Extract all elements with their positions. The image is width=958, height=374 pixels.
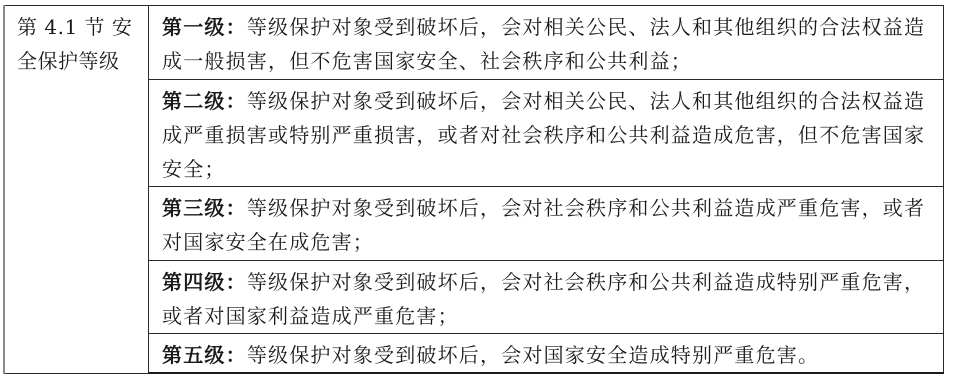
level-description: 等级保护对象受到破坏后，会对相关公民、法人和其他组织的合法权益造成严重损害或特别… (162, 89, 925, 181)
level-sep: ： (226, 270, 247, 294)
level-sep: ： (226, 196, 247, 220)
level-description: 等级保护对象受到破坏后，会对国家安全造成特别严重危害。 (247, 343, 819, 367)
level-cell-4: 第四级：等级保护对象受到破坏后，会对社会秩序和公共利益造成特别严重危害，或者对国… (149, 261, 944, 334)
security-levels-table: 第 4.1 节 安全保护等级 第一级：等级保护对象受到破坏后，会对相关公民、法人… (3, 5, 944, 374)
level-description: 等级保护对象受到破坏后，会对社会秩序和公共利益造成严重危害，或者对国家安全在成危… (162, 196, 925, 254)
level-cell-1: 第一级：等级保护对象受到破坏后，会对相关公民、法人和其他组织的合法权益造成一般损… (149, 6, 944, 80)
level-cell-3: 第三级：等级保护对象受到破坏后，会对社会秩序和公共利益造成严重危害，或者对国家安… (149, 187, 944, 261)
section-cell: 第 4.1 节 安全保护等级 (4, 6, 149, 374)
level-sep: ： (226, 89, 247, 113)
table-row: 第 4.1 节 安全保护等级 第一级：等级保护对象受到破坏后，会对相关公民、法人… (4, 6, 944, 80)
level-name: 第四级 (162, 270, 226, 294)
level-sep: ： (226, 343, 247, 367)
level-cell-5: 第五级：等级保护对象受到破坏后，会对国家安全造成特别严重危害。 (149, 334, 944, 374)
level-sep: ： (226, 15, 247, 39)
level-description: 等级保护对象受到破坏后，会对社会秩序和公共利益造成特别严重危害，或者对国家利益造… (162, 270, 925, 328)
level-name: 第一级 (162, 15, 226, 39)
level-cell-2: 第二级：等级保护对象受到破坏后，会对相关公民、法人和其他组织的合法权益造成严重损… (149, 80, 944, 187)
level-name: 第二级 (162, 89, 226, 113)
level-name: 第五级 (162, 343, 226, 367)
section-label: 第 4.1 节 安全保护等级 (5, 6, 148, 78)
level-description: 等级保护对象受到破坏后，会对相关公民、法人和其他组织的合法权益造成一般损害，但不… (162, 15, 925, 73)
level-name: 第三级 (162, 196, 226, 220)
